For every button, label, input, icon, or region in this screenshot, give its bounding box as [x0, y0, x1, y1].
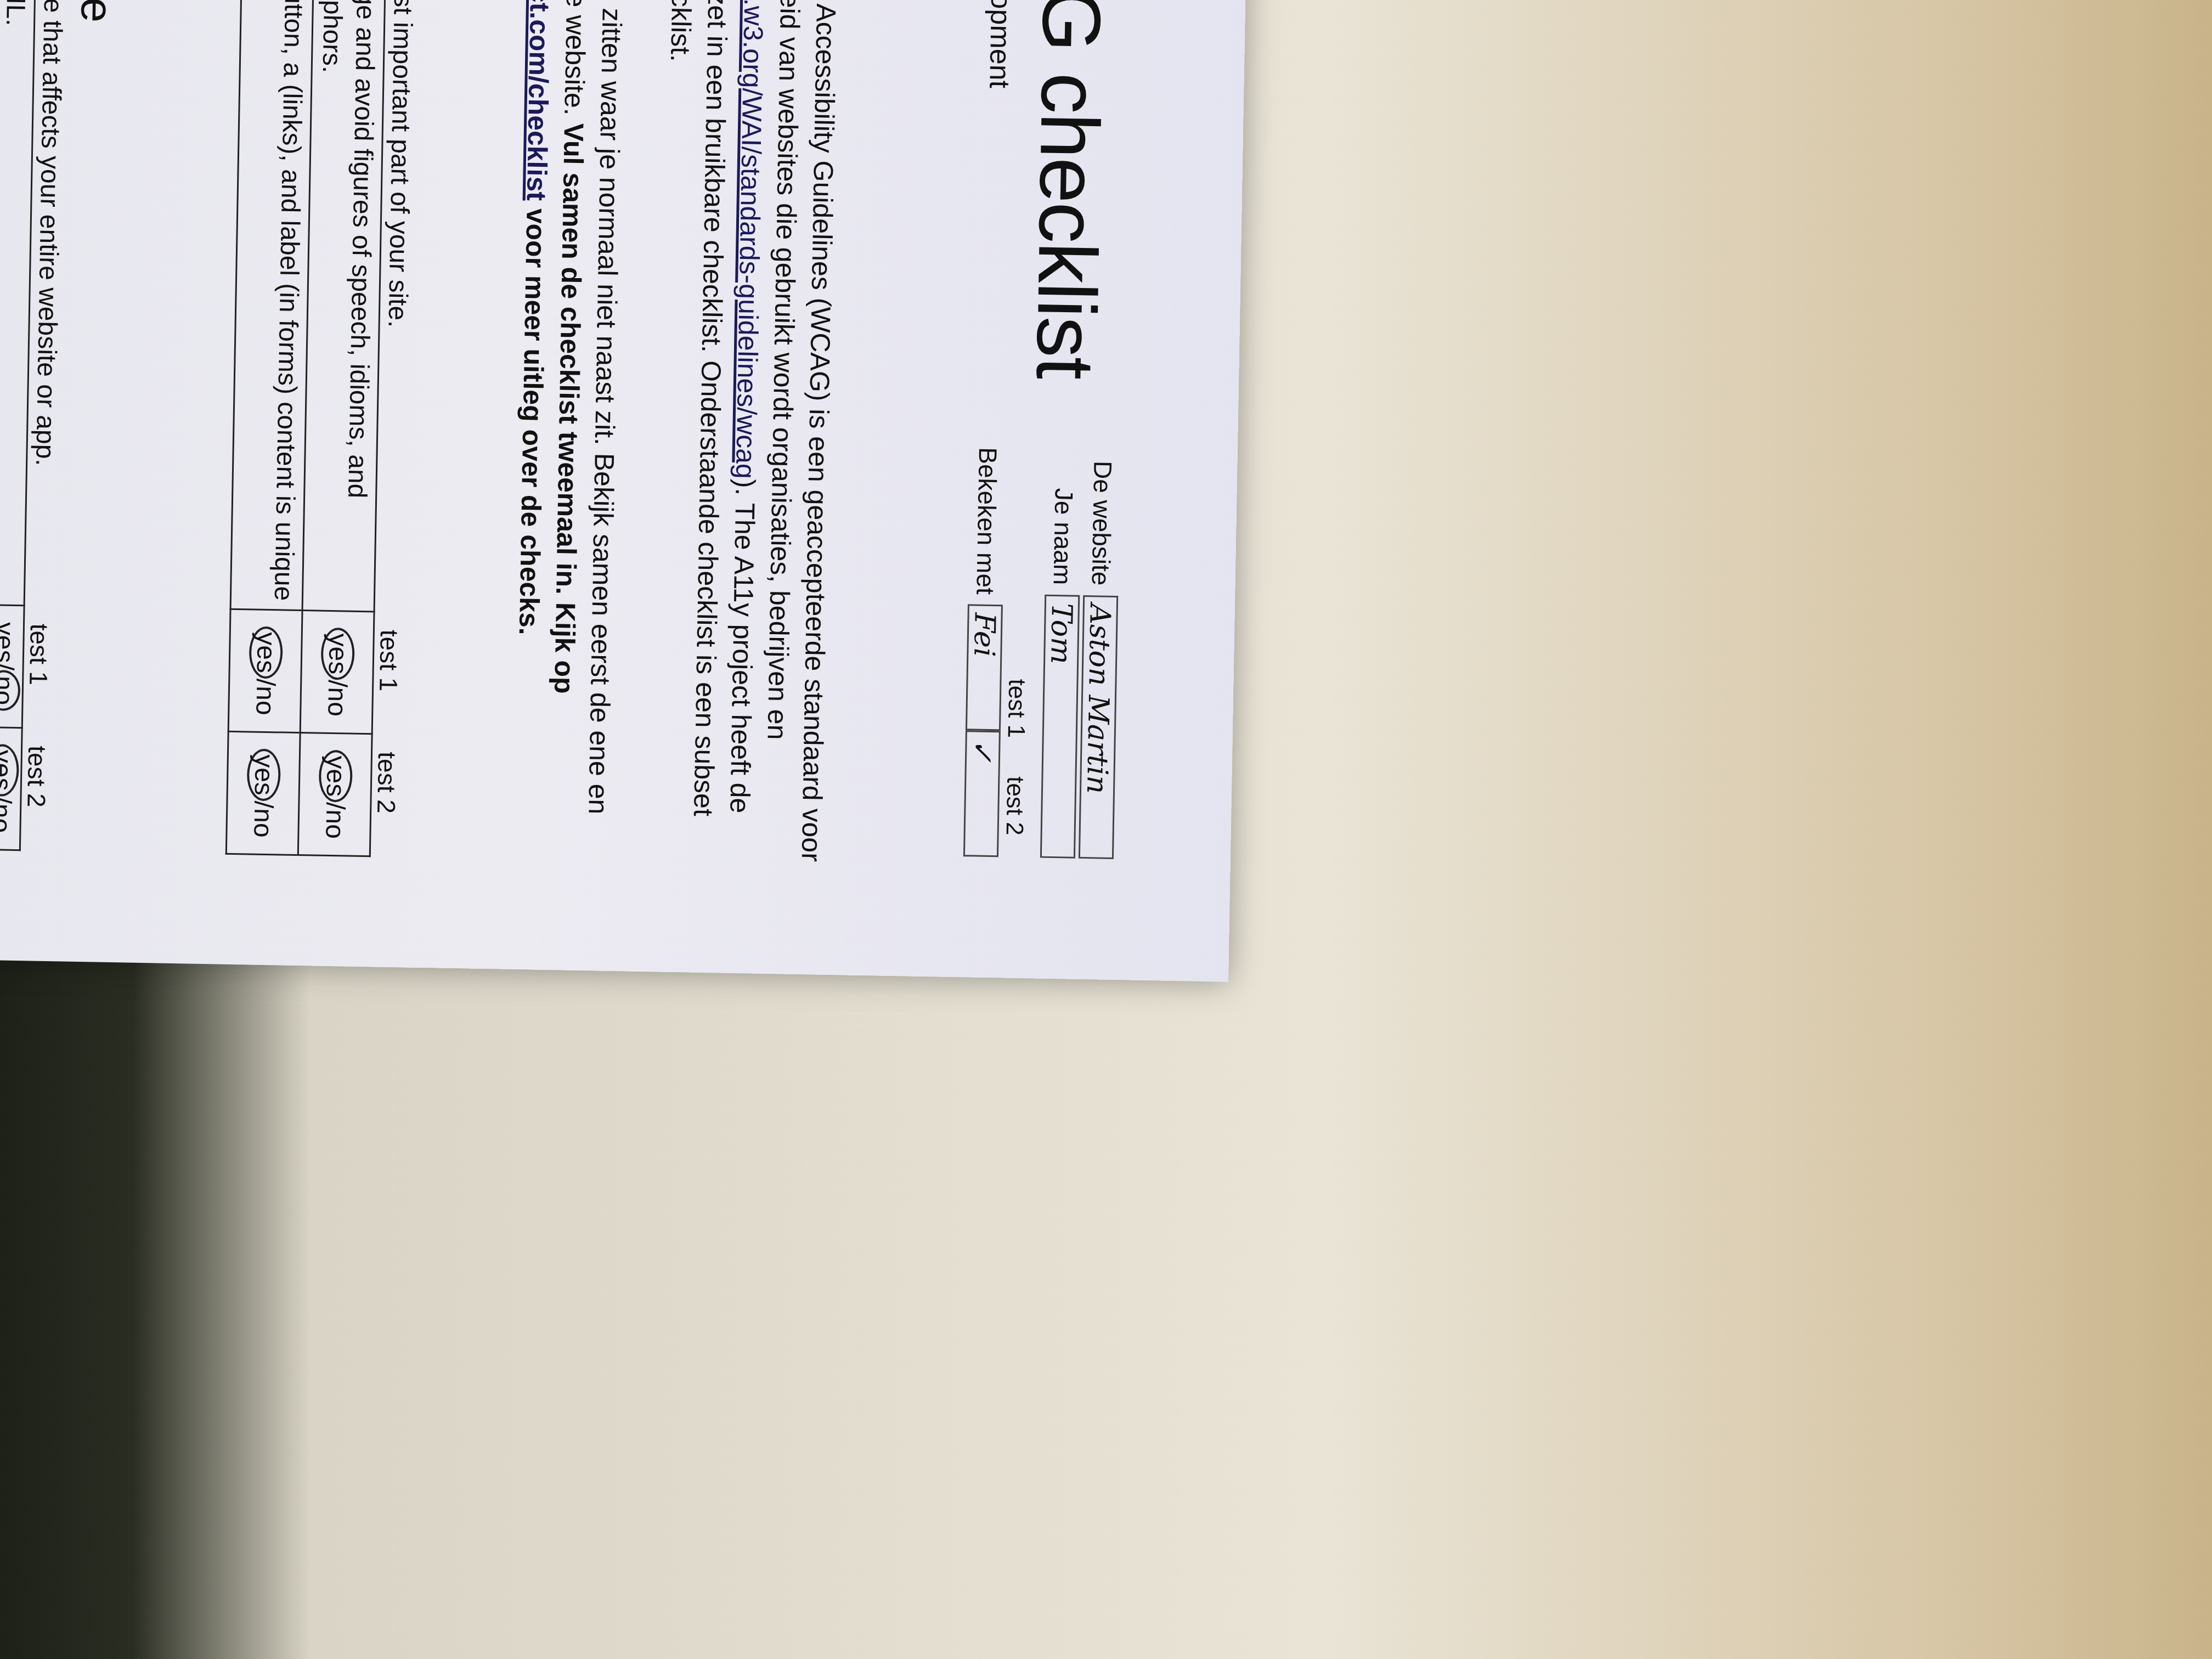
test2-answer[interactable]: yes/no [0, 727, 22, 850]
yes-option[interactable]: yes [249, 627, 283, 679]
a11y-link[interactable]: www.a11yproject.com/checklist [521, 0, 559, 201]
test2-answer[interactable]: yes/no [226, 731, 300, 855]
test1-answer[interactable]: yes/no [228, 609, 302, 732]
sections: ContentContent is the most important par… [0, 0, 476, 859]
w3c-link[interactable]: www.w3.org/WAI/standards-guidelines/wcag [730, 0, 770, 479]
test2-answer[interactable]: yes/no [298, 733, 372, 856]
test1-answer[interactable]: yes/no [300, 611, 374, 734]
yes-option[interactable]: yes [0, 622, 19, 663]
intro: De Web Content Accessibility Guidelines … [507, 0, 848, 865]
checklist-paper: WCAG checklist Frontend Development Blok… [0, 0, 1251, 982]
checklist-table: Use plain language and avoid figures of … [225, 0, 390, 857]
remarks-label: Remarks: [157, 0, 206, 854]
column-header: test 1 [374, 629, 404, 691]
intro-bold: Vul samen de checklist tweemaal in. Kijk… [549, 123, 589, 694]
check-item: Use plain language and avoid figures of … [302, 0, 388, 612]
check-item: Make sure that button, a (links), and la… [230, 0, 317, 611]
yes-option[interactable]: yes [318, 750, 353, 803]
intro-paragraph-1: De Web Content Accessibility Guidelines … [648, 0, 848, 865]
no-option[interactable]: no [322, 687, 352, 716]
website-field[interactable]: Aston Martin [1079, 595, 1118, 859]
yes-option[interactable]: yes [0, 744, 19, 797]
no-option[interactable]: no [250, 686, 280, 715]
intro-paragraph-2: Ga naast iemand zitten waar je normaal n… [507, 0, 634, 861]
yes-option[interactable]: yes [320, 628, 355, 680]
yes-option[interactable]: yes [246, 749, 281, 802]
no-option[interactable]: no [320, 809, 349, 839]
no-option[interactable]: no [248, 808, 278, 838]
intro-bold: voor meer uitleg over de checks. [513, 200, 552, 635]
separator: / [320, 802, 349, 810]
reviewed-label: Bekeken met [970, 447, 1003, 595]
header-form: De website Aston Martin Je naam Tom test… [962, 447, 1122, 859]
column-header: test 2 [371, 752, 402, 814]
separator: / [0, 796, 16, 804]
separator: / [0, 663, 19, 670]
no-option[interactable]: no [0, 670, 21, 710]
section-1: Global codeGlobal code is code that affe… [0, 0, 126, 853]
website-label: De website [1086, 460, 1118, 585]
separator: / [323, 680, 352, 687]
test1-answer[interactable]: yes/no [0, 605, 24, 727]
separator: / [251, 678, 280, 686]
test2-label: test 2 [1001, 776, 1029, 836]
name-field[interactable]: Tom [1040, 595, 1080, 859]
separator: / [249, 800, 278, 808]
name-label: Je naam [1048, 488, 1079, 585]
column-header: test 2 [21, 746, 52, 808]
reviewed-test2-field[interactable]: ✓ [963, 730, 1001, 857]
column-header: test 1 [24, 623, 54, 685]
section-0: ContentContent is the most important par… [157, 0, 476, 859]
reviewed-test1-field[interactable]: Fei [966, 604, 1003, 731]
test1-label: test 1 [1002, 679, 1031, 738]
no-option[interactable]: no [0, 803, 16, 833]
